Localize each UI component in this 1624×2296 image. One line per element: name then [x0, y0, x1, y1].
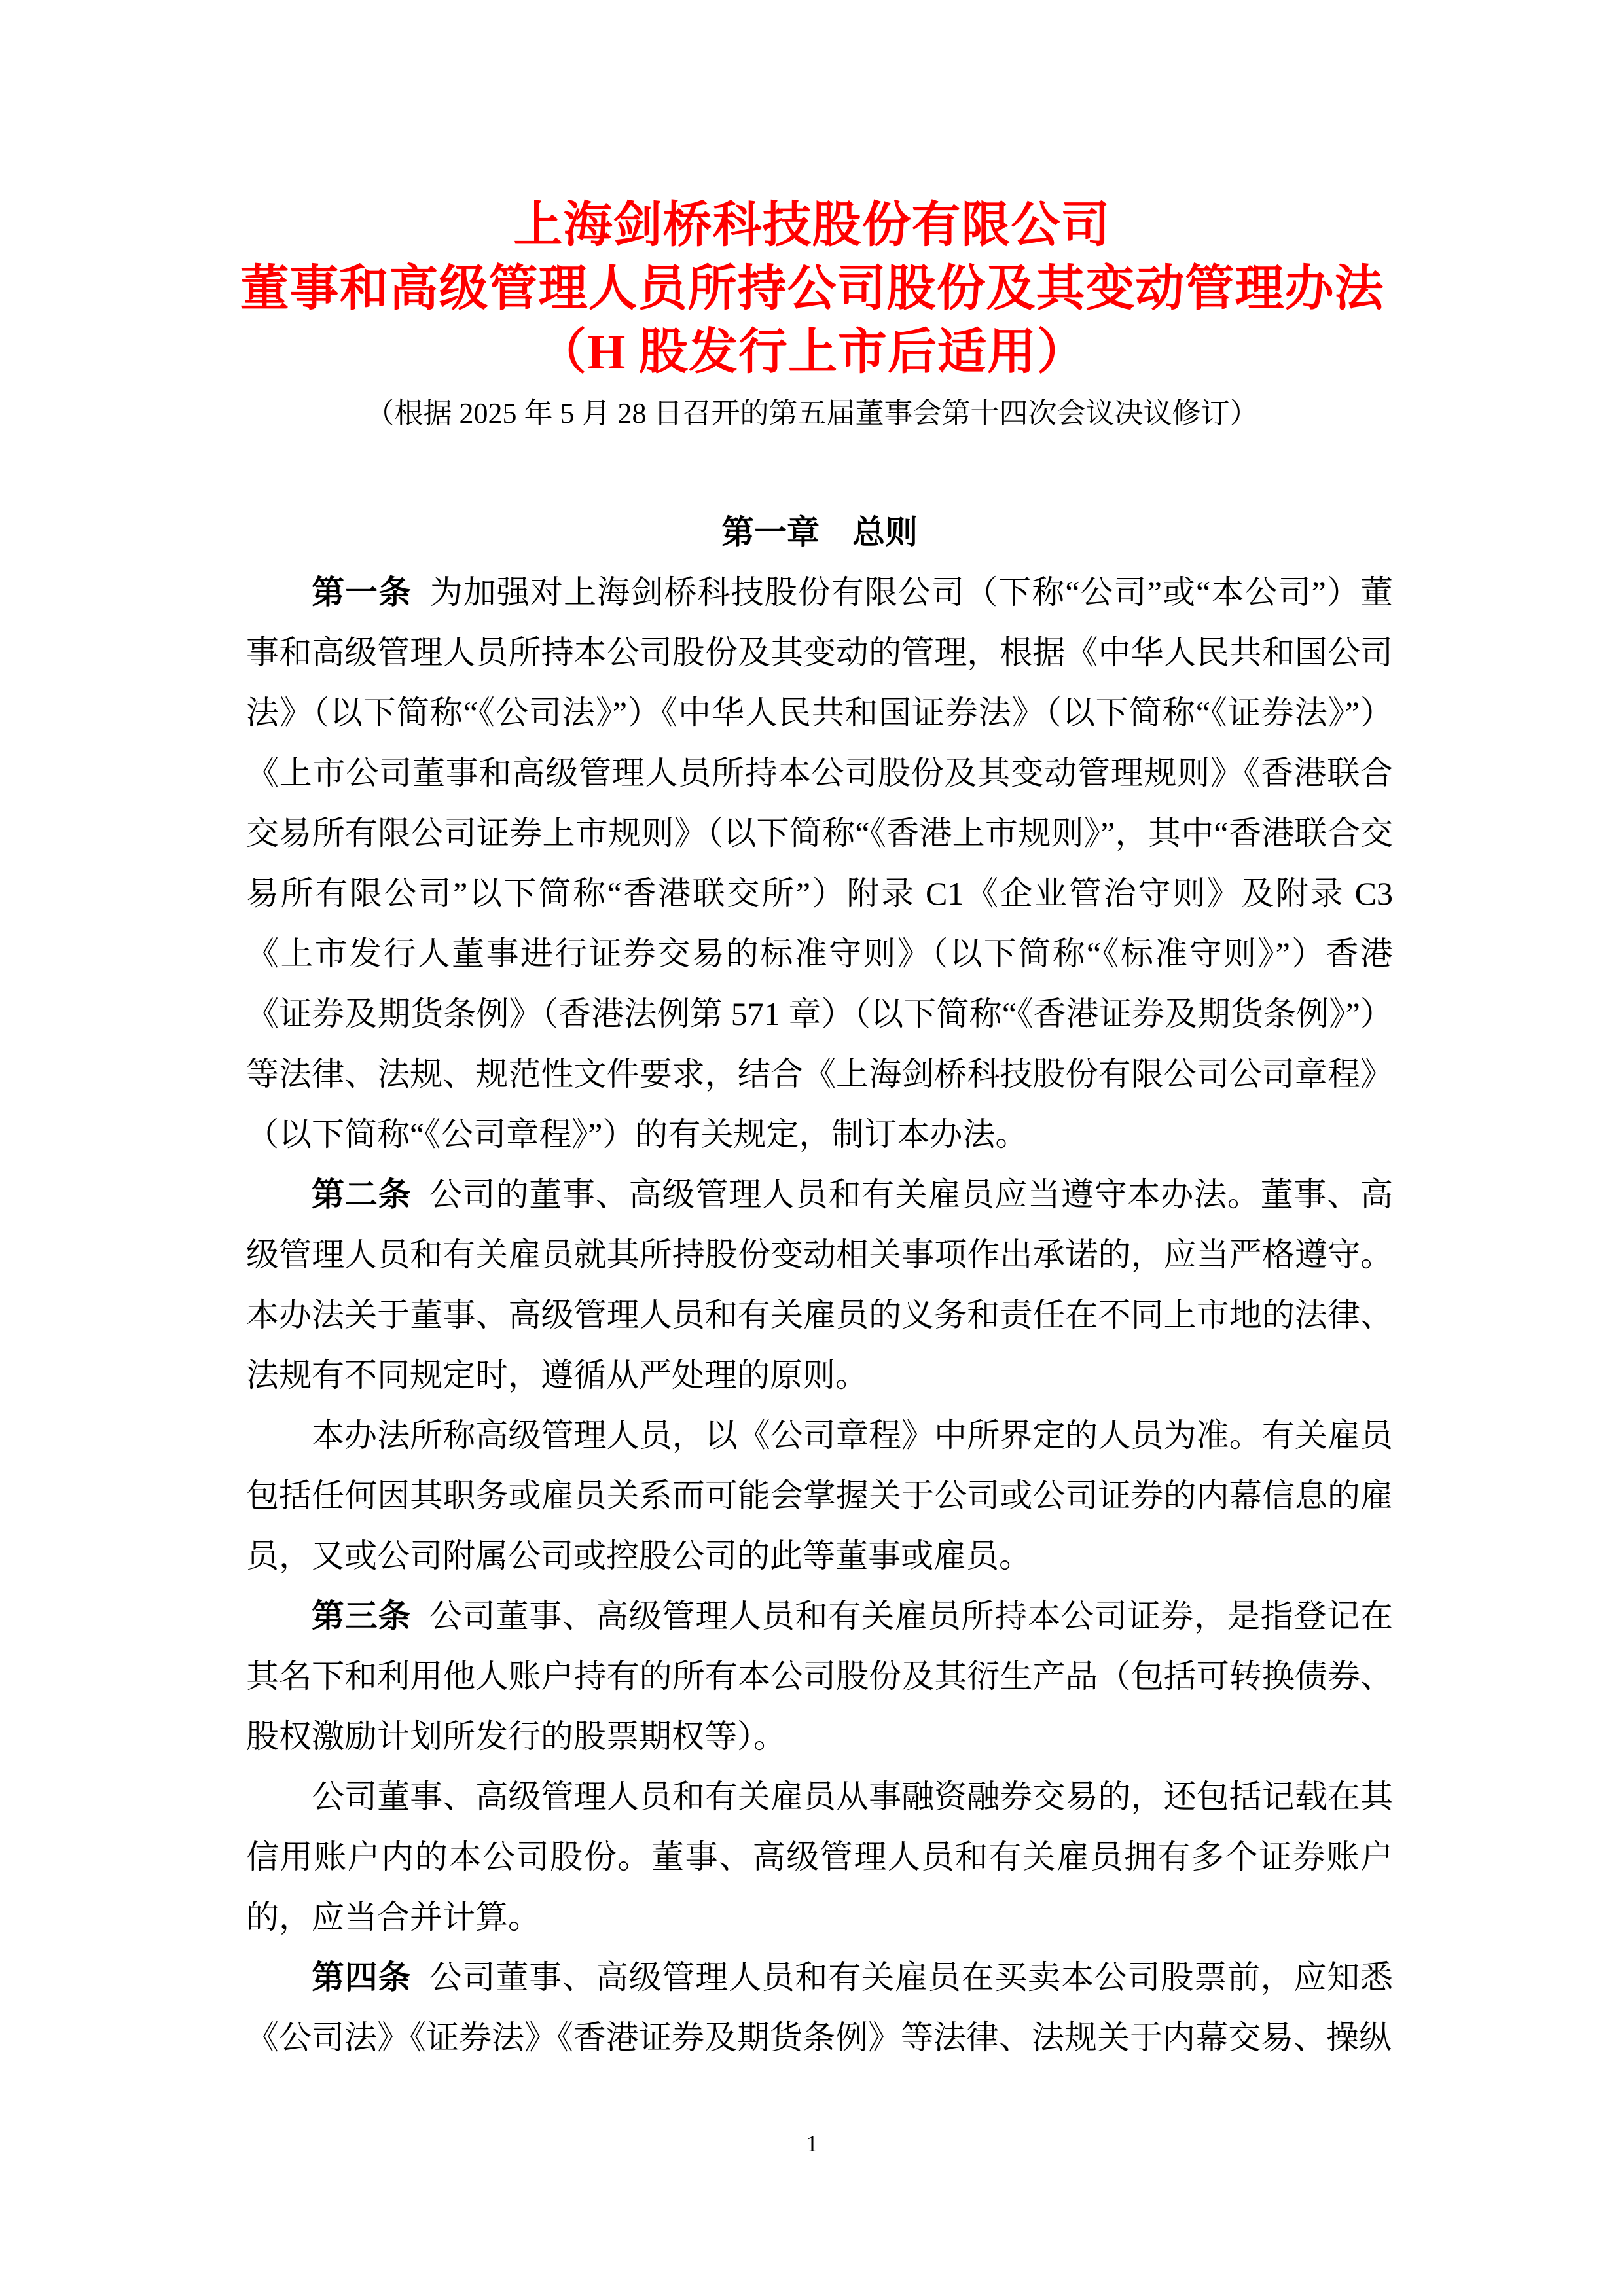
- chapter-heading: 第一章 总则: [246, 502, 1393, 562]
- document-title: 上海剑桥科技股份有限公司 董事和高级管理人员所持公司股份及其变动管理办法 （H …: [0, 194, 1624, 384]
- article-2-term: 第二条: [312, 1176, 411, 1213]
- article-1-text: 为加强对上海剑桥科技股份有限公司（下称“公司”或“本公司”）董事和高级管理人员所…: [246, 574, 1393, 1153]
- title-line-1: 上海剑桥科技股份有限公司: [0, 194, 1624, 257]
- paragraph-3-text: 本办法所称高级管理人员，以《公司章程》中所界定的人员为准。有关雇员包括任何因其职…: [246, 1417, 1393, 1574]
- paragraph-article-1: 第一条为加强对上海剑桥科技股份有限公司（下称“公司”或“本公司”）董事和高级管理…: [246, 562, 1393, 1164]
- title-line-3: （H 股发行上市后适用）: [0, 321, 1624, 384]
- article-4-term: 第四条: [312, 1959, 411, 1996]
- paragraph-5-text: 公司董事、高级管理人员和有关雇员从事融资融券交易的，还包括记载在其信用账户内的本…: [246, 1778, 1393, 1935]
- paragraph-article-2: 第二条公司的董事、高级管理人员和有关雇员应当遵守本办法。董事、高级管理人员和有关…: [246, 1164, 1393, 1405]
- paragraph-article-3: 第三条公司董事、高级管理人员和有关雇员所持本公司证券，是指登记在其名下和利用他人…: [246, 1586, 1393, 1767]
- article-1-term: 第一条: [312, 574, 412, 611]
- paragraph-margin-trading: 公司董事、高级管理人员和有关雇员从事融资融券交易的，还包括记载在其信用账户内的本…: [246, 1767, 1393, 1947]
- page-number: 1: [0, 2129, 1624, 2158]
- document-body: 第一章 总则 第一条为加强对上海剑桥科技股份有限公司（下称“公司”或“本公司”）…: [246, 502, 1393, 2068]
- article-4-text: 公司董事、高级管理人员和有关雇员在买卖本公司股票前，应知悉《公司法》《证券法》《…: [246, 1959, 1393, 2056]
- title-line-2: 董事和高级管理人员所持公司股份及其变动管理办法: [0, 257, 1624, 321]
- article-3-term: 第三条: [312, 1598, 411, 1634]
- article-2-text: 公司的董事、高级管理人员和有关雇员应当遵守本办法。董事、高级管理人员和有关雇员就…: [246, 1176, 1393, 1393]
- paragraph-senior-management-definition: 本办法所称高级管理人员，以《公司章程》中所界定的人员为准。有关雇员包括任何因其职…: [246, 1405, 1393, 1586]
- paragraph-article-4: 第四条公司董事、高级管理人员和有关雇员在买卖本公司股票前，应知悉《公司法》《证券…: [246, 1947, 1393, 2068]
- revision-note: （根据 2025 年 5 月 28 日召开的第五届董事会第十四次会议决议修订）: [0, 394, 1624, 433]
- document-page: 上海剑桥科技股份有限公司 董事和高级管理人员所持公司股份及其变动管理办法 （H …: [0, 0, 1624, 2296]
- article-3-text: 公司董事、高级管理人员和有关雇员所持本公司证券，是指登记在其名下和利用他人账户持…: [246, 1598, 1393, 1755]
